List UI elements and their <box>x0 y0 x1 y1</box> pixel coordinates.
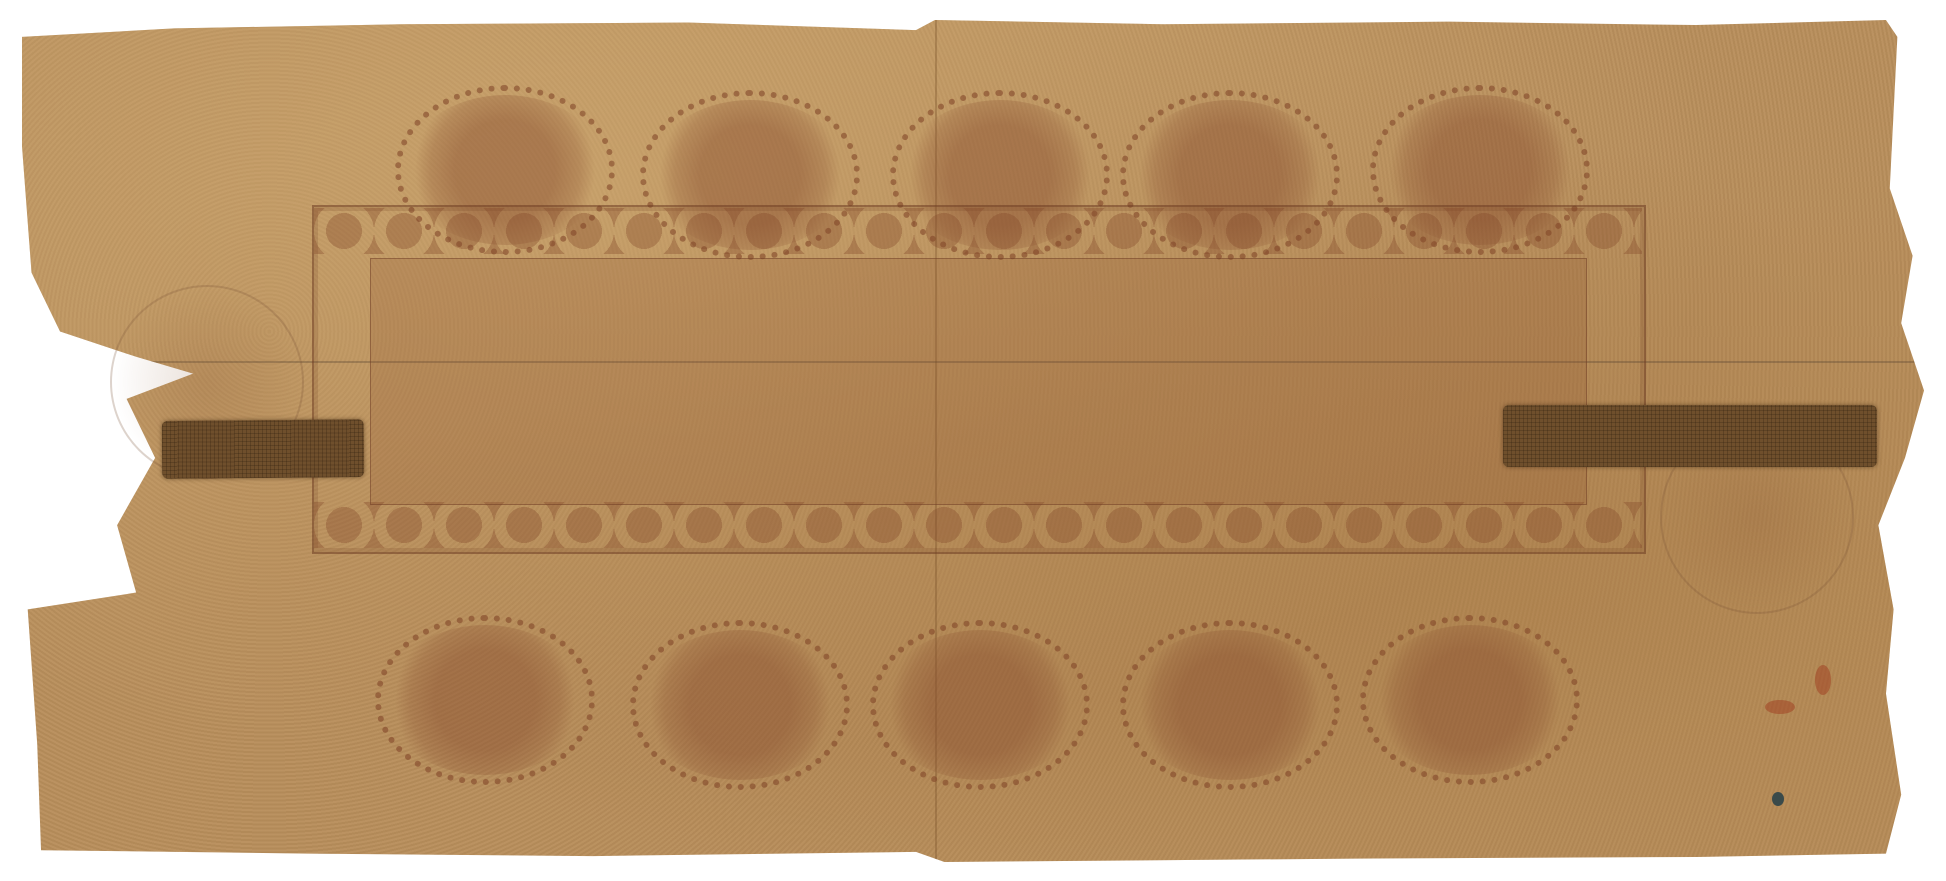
dark-speck <box>1772 792 1784 806</box>
rosette-bottom-3 <box>880 630 1080 780</box>
red-stain <box>1765 700 1795 714</box>
ornamental-band-top <box>314 208 1642 254</box>
ornamental-band-bottom <box>314 502 1642 548</box>
engraved-center-panel <box>370 258 1587 505</box>
tape-repair-right <box>1503 405 1877 467</box>
rosette-bottom-5 <box>1370 625 1570 775</box>
rosette-bottom-4 <box>1130 630 1330 780</box>
tape-repair-left <box>162 419 364 479</box>
red-stain <box>1815 665 1831 695</box>
rosette-bottom-1 <box>385 625 585 775</box>
rosette-bottom-2 <box>640 630 840 780</box>
